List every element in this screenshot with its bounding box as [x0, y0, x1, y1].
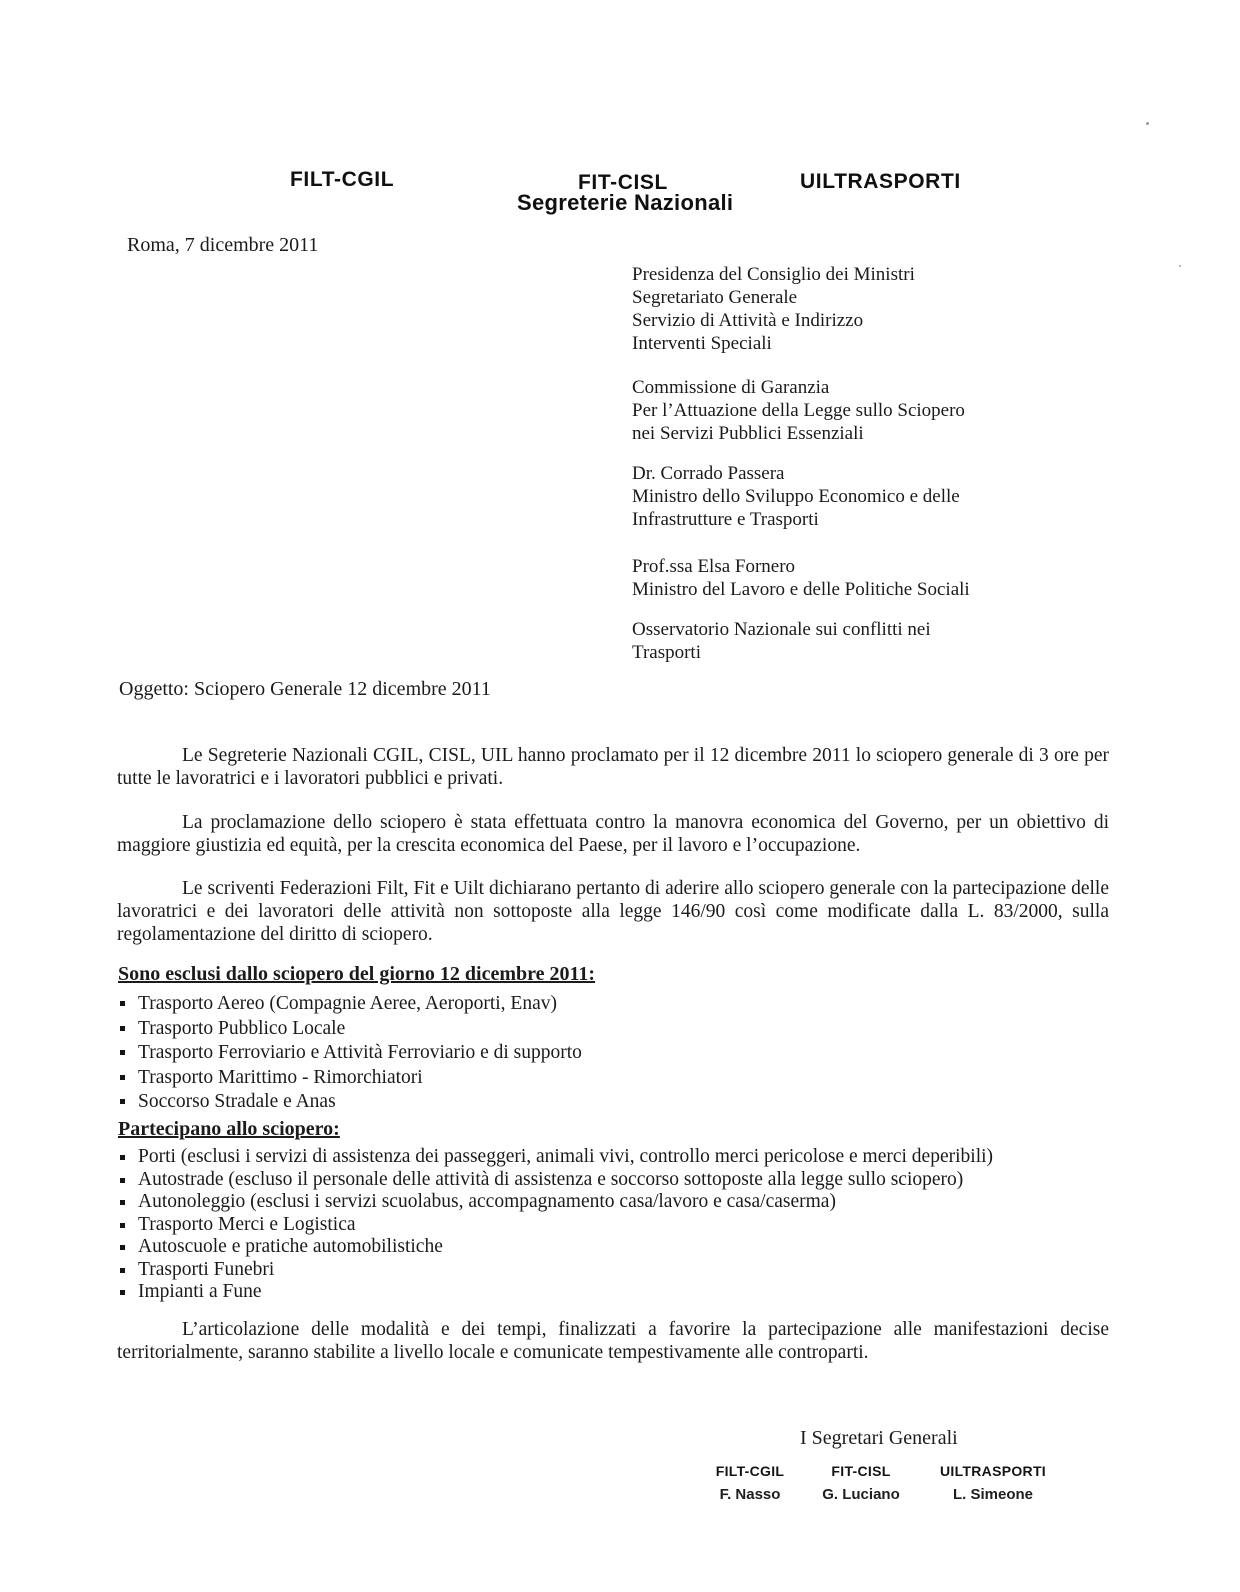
list-item: Trasporto Ferroviario e Attività Ferrovi… — [118, 1041, 1118, 1066]
recipient-block-commissione: Commissione di Garanzia Per l’Attuazione… — [632, 376, 965, 445]
recipient-block-passera: Dr. Corrado Passera Ministro dello Svilu… — [632, 462, 960, 531]
list-item: Trasporto Marittimo - Rimorchiatori — [118, 1066, 1118, 1091]
recipient-block-fornero: Prof.ssa Elsa Fornero Ministro del Lavor… — [632, 555, 970, 601]
list-item: Porti (esclusi i servizi di assistenza d… — [118, 1146, 1118, 1169]
body-paragraph-3: Le scriventi Federazioni Filt, Fit e Uil… — [117, 877, 1109, 946]
recipient-line: Segretariato Generale — [632, 286, 915, 309]
recipient-line: Servizio di Attività e Indirizzo — [632, 309, 915, 332]
bullet-square-icon — [120, 1075, 125, 1080]
list-item: Soccorso Stradale e Anas — [118, 1090, 1118, 1115]
union-uiltrasporti: UILTRASPORTI — [800, 170, 961, 194]
list-item: Trasporto Pubblico Locale — [118, 1017, 1118, 1042]
recipient-block-osservatorio: Osservatorio Nazionale sui conflitti nei… — [632, 618, 931, 664]
list-item: Autoscuole e pratiche automobilistiche — [118, 1236, 1118, 1259]
bullet-square-icon — [120, 1200, 125, 1205]
bullet-square-icon — [120, 1026, 125, 1031]
recipient-line: Infrastrutture e Trasporti — [632, 508, 960, 531]
list-item-label: Soccorso Stradale e Anas — [138, 1091, 336, 1112]
excluded-section-heading: Sono esclusi dallo sciopero del giorno 1… — [118, 963, 595, 986]
list-item-label: Autoscuole e pratiche automobilistiche — [138, 1236, 443, 1257]
bullet-square-icon — [120, 1155, 125, 1160]
bullet-square-icon — [120, 1099, 125, 1104]
list-item: Autonoleggio (esclusi i servizi scuolabu… — [118, 1191, 1118, 1214]
recipient-line: Presidenza del Consiglio dei Ministri — [632, 263, 915, 286]
excluded-list: Trasporto Aereo (Compagnie Aeree, Aeropo… — [118, 992, 1118, 1115]
recipient-line: Per l’Attuazione della Legge sullo Sciop… — [632, 399, 965, 422]
recipient-line: Commissione di Garanzia — [632, 376, 965, 399]
recipient-block-presidenza: Presidenza del Consiglio dei Ministri Se… — [632, 263, 915, 355]
list-item-label: Trasporto Pubblico Locale — [138, 1018, 345, 1039]
signer-org: FIT-CISL — [799, 1463, 923, 1479]
recipient-line: Interventi Speciali — [632, 332, 915, 355]
bullet-square-icon — [120, 1178, 125, 1183]
list-item: Trasporti Funebri — [118, 1259, 1118, 1282]
recipient-line: nei Servizi Pubblici Essenziali — [632, 422, 965, 445]
signer-org: UILTRASPORTI — [920, 1463, 1066, 1479]
bullet-square-icon — [120, 1290, 125, 1295]
dateline: Roma, 7 dicembre 2011 — [127, 234, 318, 257]
list-item-label: Autostrade (escluso il personale delle a… — [138, 1169, 963, 1190]
bullet-square-icon — [120, 1223, 125, 1228]
signature-column: FIT-CISL G. Luciano — [799, 1463, 923, 1503]
list-item: Autostrade (escluso il personale delle a… — [118, 1169, 1118, 1192]
signer-org: FILT-CGIL — [688, 1463, 812, 1479]
list-item-label: Trasporto Marittimo - Rimorchiatori — [138, 1067, 423, 1088]
list-item-label: Trasporto Aereo (Compagnie Aeree, Aeropo… — [138, 993, 557, 1014]
closing-paragraph: L’articolazione delle modalità e dei tem… — [117, 1318, 1109, 1364]
list-item: Trasporto Merci e Logistica — [118, 1214, 1118, 1237]
signature-title: I Segretari Generali — [800, 1427, 958, 1450]
scan-speck — [1179, 265, 1181, 267]
participating-section-heading: Partecipano allo sciopero: — [118, 1118, 340, 1141]
signer-name: L. Simeone — [920, 1486, 1066, 1503]
list-item-label: Trasporto Ferroviario e Attività Ferrovi… — [138, 1042, 582, 1063]
list-item-label: Trasporti Funebri — [138, 1259, 274, 1280]
signature-column: FILT-CGIL F. Nasso — [688, 1463, 812, 1503]
participating-list: Porti (esclusi i servizi di assistenza d… — [118, 1146, 1118, 1304]
bullet-square-icon — [120, 1245, 125, 1250]
list-item: Trasporto Aereo (Compagnie Aeree, Aeropo… — [118, 992, 1118, 1017]
recipient-line: Ministro del Lavoro e delle Politiche So… — [632, 578, 970, 601]
bullet-square-icon — [120, 1001, 125, 1006]
subject-line: Oggetto: Sciopero Generale 12 dicembre 2… — [119, 678, 491, 701]
recipient-line: Trasporti — [632, 641, 931, 664]
recipient-line: Prof.ssa Elsa Fornero — [632, 555, 970, 578]
union-filt-cgil: FILT-CGIL — [290, 168, 394, 192]
letter-page: FILT-CGIL FIT-CISL UILTRASPORTI Segreter… — [0, 0, 1240, 1592]
letterhead-subtitle: Segreterie Nazionali — [517, 190, 733, 216]
recipient-line: Dr. Corrado Passera — [632, 462, 960, 485]
signer-name: F. Nasso — [688, 1486, 812, 1503]
recipient-line: Osservatorio Nazionale sui conflitti nei — [632, 618, 931, 641]
list-item-label: Porti (esclusi i servizi di assistenza d… — [138, 1146, 993, 1167]
body-paragraph-1: Le Segreterie Nazionali CGIL, CISL, UIL … — [117, 744, 1109, 790]
list-item-label: Trasporto Merci e Logistica — [138, 1214, 356, 1235]
scan-speck — [1146, 122, 1149, 125]
signature-column: UILTRASPORTI L. Simeone — [920, 1463, 1066, 1503]
list-item-label: Impianti a Fune — [138, 1281, 261, 1302]
body-paragraph-2: La proclamazione dello sciopero è stata … — [117, 811, 1109, 857]
bullet-square-icon — [120, 1268, 125, 1273]
recipient-line: Ministro dello Sviluppo Economico e dell… — [632, 485, 960, 508]
bullet-square-icon — [120, 1050, 125, 1055]
list-item-label: Autonoleggio (esclusi i servizi scuolabu… — [138, 1191, 836, 1212]
list-item: Impianti a Fune — [118, 1281, 1118, 1304]
signer-name: G. Luciano — [799, 1486, 923, 1503]
